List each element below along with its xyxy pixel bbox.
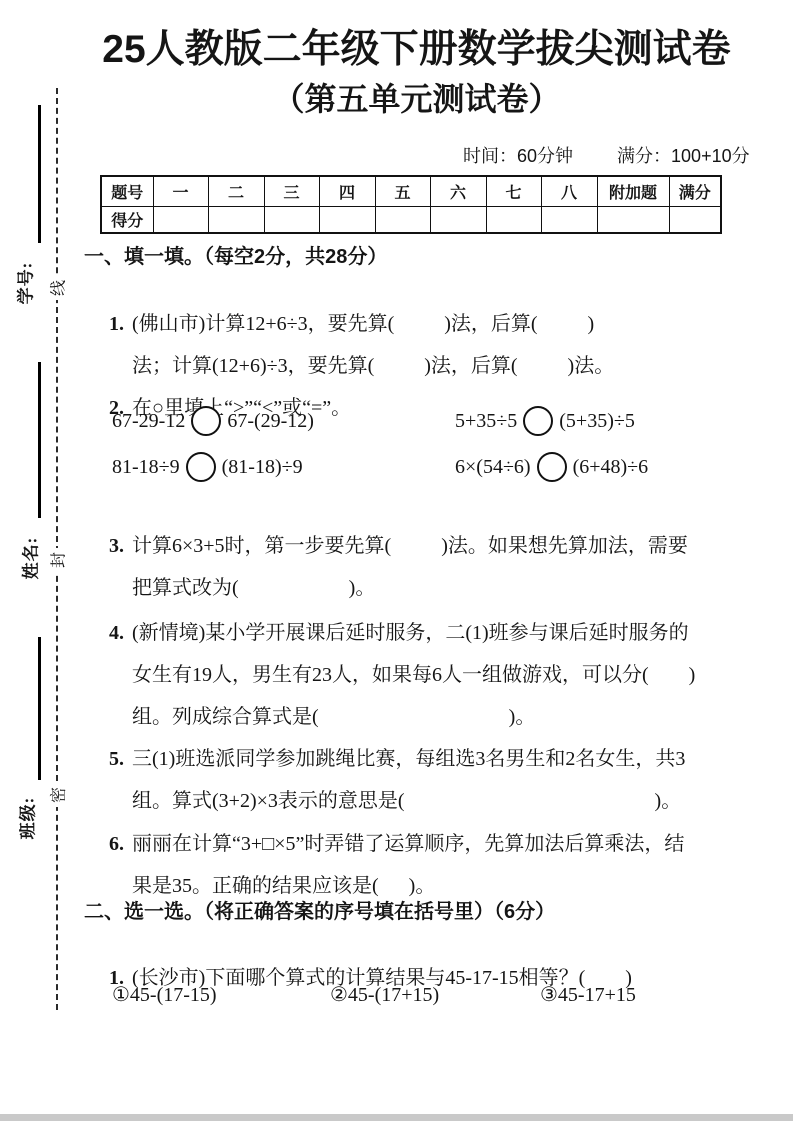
scan-edge	[0, 1114, 793, 1121]
answer-circle	[191, 406, 221, 436]
score-cell	[153, 207, 208, 234]
choice-option-1: ①45-(17-15)	[112, 982, 217, 1007]
header-cell: 一	[153, 176, 208, 207]
score-table-header-row: 题号 一 二 三 四 五 六 七 八 附加题 满分	[101, 176, 721, 207]
header-cell: 七	[486, 176, 541, 207]
header-cell: 四	[319, 176, 375, 207]
header-cell: 三	[264, 176, 319, 207]
section-fill-heading: 一、填一填。（每空2分，共28分）	[84, 240, 387, 269]
seal-char-feng: 封	[46, 548, 69, 572]
header-cell: 五	[375, 176, 430, 207]
seal-char-mi: 密	[46, 783, 69, 807]
score-cell	[430, 207, 486, 234]
comparison-item: 6×(54÷6)(6+48)÷6	[455, 452, 648, 482]
header-cell: 附加题	[597, 176, 669, 207]
comparison-item: 5+35÷5(5+35)÷5	[455, 406, 635, 436]
header-cell: 八	[541, 176, 597, 207]
header-cell: 六	[430, 176, 486, 207]
score-cell	[669, 207, 721, 234]
header-cell: 满分	[669, 176, 721, 207]
question-text: 果是35。正确的结果应该是( )。	[132, 875, 435, 897]
section-choice-heading: 二、选一选。（将正确答案的序号填在括号里）（6分）	[84, 895, 555, 924]
left-expression: 67-29-12	[112, 410, 185, 433]
right-expression: (6+48)÷6	[573, 456, 649, 479]
exam-fullscore: 满分：100+10分	[617, 142, 750, 168]
score-row-label: 得分	[101, 207, 153, 234]
class-label: 班级:	[14, 797, 39, 840]
seal-char-xian: 线	[46, 276, 69, 300]
answer-circle	[523, 406, 553, 436]
score-cell	[486, 207, 541, 234]
score-cell	[375, 207, 430, 234]
score-table-score-row: 得分	[101, 207, 721, 234]
exam-time: 时间：60分钟	[463, 142, 573, 168]
choice-option-2: ②45-(17+15)	[330, 982, 439, 1007]
header-cell: 题号	[101, 176, 153, 207]
score-cell	[208, 207, 264, 234]
exam-info: 时间：60分钟 满分：100+10分	[463, 142, 750, 168]
name-blank-line	[38, 362, 41, 518]
student-id-label: 学号:	[12, 262, 37, 305]
left-expression: 81-18÷9	[112, 456, 180, 479]
right-expression: (81-18)÷9	[222, 456, 303, 479]
left-expression: 5+35÷5	[455, 410, 517, 433]
paper-title: 25人教版二年级下册数学拔尖测试卷	[40, 18, 793, 74]
choice-option-3: ③45-17+15	[540, 982, 636, 1007]
class-blank-line	[38, 637, 41, 780]
score-cell	[597, 207, 669, 234]
paper-subtitle: （第五单元测试卷）	[40, 74, 793, 120]
answer-circle	[186, 452, 216, 482]
score-cell	[319, 207, 375, 234]
score-cell	[541, 207, 597, 234]
choice-q1-text: 1.(长沙市)下面哪个算式的计算结果与45-17-15相等？( )	[89, 936, 632, 1020]
answer-circle	[537, 452, 567, 482]
score-cell	[264, 207, 319, 234]
score-table: 题号 一 二 三 四 五 六 七 八 附加题 满分 得分	[100, 175, 722, 234]
right-expression: 67-(29-12)	[227, 410, 314, 433]
header-cell: 二	[208, 176, 264, 207]
comparison-item: 67-29-1267-(29-12)	[112, 406, 314, 436]
comparison-item: 81-18÷9(81-18)÷9	[112, 452, 303, 482]
test-paper: 学号: 姓名: 班级: 线 封 密 25人教版二年级下册数学拔尖测试卷 （第五单…	[0, 0, 793, 1121]
name-label: 姓名:	[17, 537, 42, 580]
right-expression: (5+35)÷5	[559, 410, 635, 433]
left-expression: 6×(54÷6)	[455, 456, 531, 479]
student-id-blank-line	[38, 105, 41, 243]
